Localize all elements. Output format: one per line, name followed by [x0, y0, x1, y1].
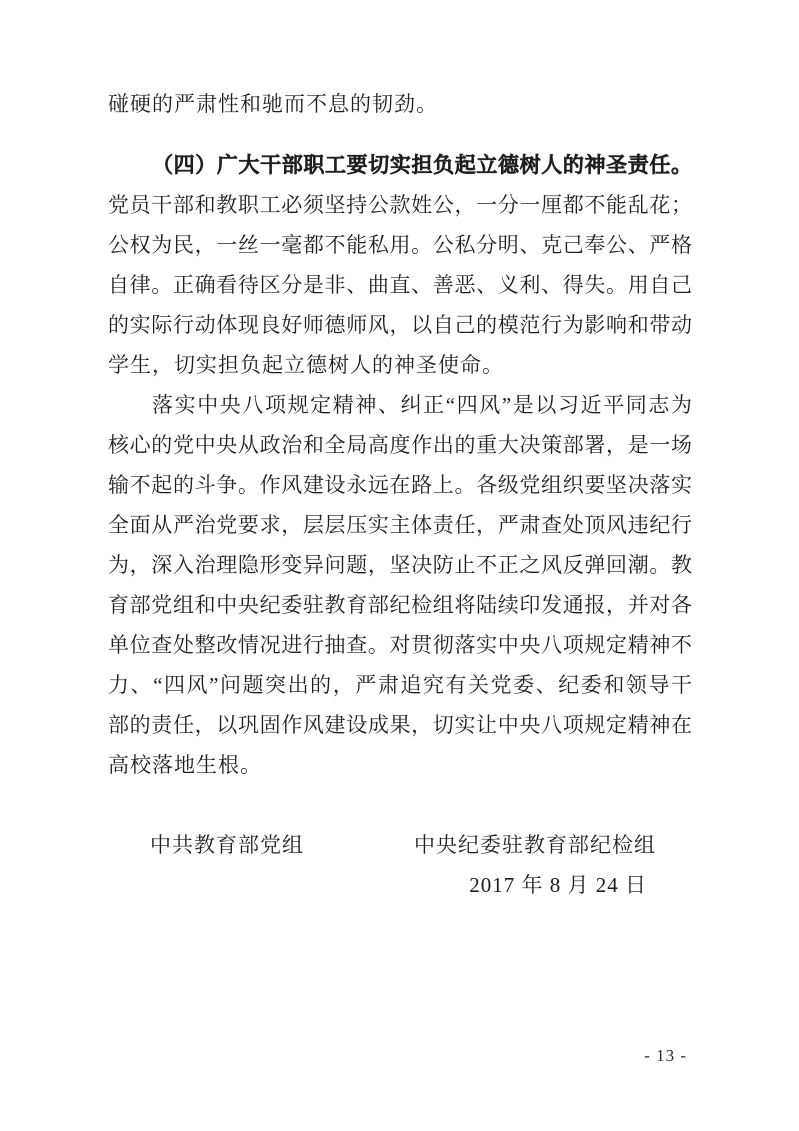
document-page: 碰硬的严肃性和驰而不息的韧劲。（四）广大干部职工要切实担负起立德树人的神圣责任。… — [0, 0, 799, 1131]
signature-right: 中央纪委驻教育部纪检组 — [414, 825, 656, 865]
section-heading: （四）广大干部职工要切实担负起立德树人的神圣责任。 — [108, 145, 692, 185]
text-line: 为，深入治理隐形变异问题，坚决防止不正之风反弹回潮。教 — [108, 545, 692, 585]
date-row: 2017 年 8 月 24 日 — [108, 865, 692, 905]
text-line: 核心的党中央从政治和全局高度作出的重大决策部署，是一场 — [108, 425, 692, 465]
text-line: 单位查处整改情况进行抽查。对贯彻落实中央八项规定精神不 — [108, 625, 692, 665]
text-line: 碰硬的严肃性和驰而不息的韧劲。 — [108, 84, 692, 124]
text-line: 部的责任，以巩固作风建设成果，切实让中央八项规定精神在 — [108, 705, 692, 745]
text-line: 自律。正确看待区分是非、曲直、善恶、义利、得失。用自己 — [108, 265, 692, 305]
text-line: 高校落地生根。 — [108, 745, 692, 785]
text-line: 落实中央八项规定精神、纠正“四风”是以习近平同志为 — [108, 385, 692, 425]
text-line: 全面从严治党要求，层层压实主体责任，严肃查处顶风违纪行 — [108, 505, 692, 545]
text-line: 育部党组和中央纪委驻教育部纪检组将陆续印发通报，并对各 — [108, 585, 692, 625]
text-line: 的实际行动体现良好师德师风，以自己的模范行为影响和带动 — [108, 305, 692, 345]
signature-left: 中共教育部党组 — [150, 825, 304, 865]
signature-row: 中共教育部党组 中央纪委驻教育部纪检组 — [108, 825, 692, 865]
text-line: 输不起的斗争。作风建设永远在路上。各级党组织要坚决落实 — [108, 465, 692, 505]
text-line: 力、“四风”问题突出的，严肃追究有关党委、纪委和领导干 — [108, 665, 692, 705]
page-number: - 13 - — [644, 1046, 687, 1066]
text-line: 学生，切实担负起立德树人的神圣使命。 — [108, 345, 692, 385]
paragraph-lines: 碰硬的严肃性和驰而不息的韧劲。（四）广大干部职工要切实担负起立德树人的神圣责任。… — [108, 84, 692, 785]
document-body: 碰硬的严肃性和驰而不息的韧劲。（四）广大干部职工要切实担负起立德树人的神圣责任。… — [108, 84, 692, 905]
text-line: 党员干部和教职工必须坚持公款姓公，一分一厘都不能乱花； — [108, 185, 692, 225]
signature-date: 2017 年 8 月 24 日 — [469, 873, 647, 897]
text-line: 公权为民，一丝一毫都不能私用。公私分明、克己奉公、严格 — [108, 225, 692, 265]
